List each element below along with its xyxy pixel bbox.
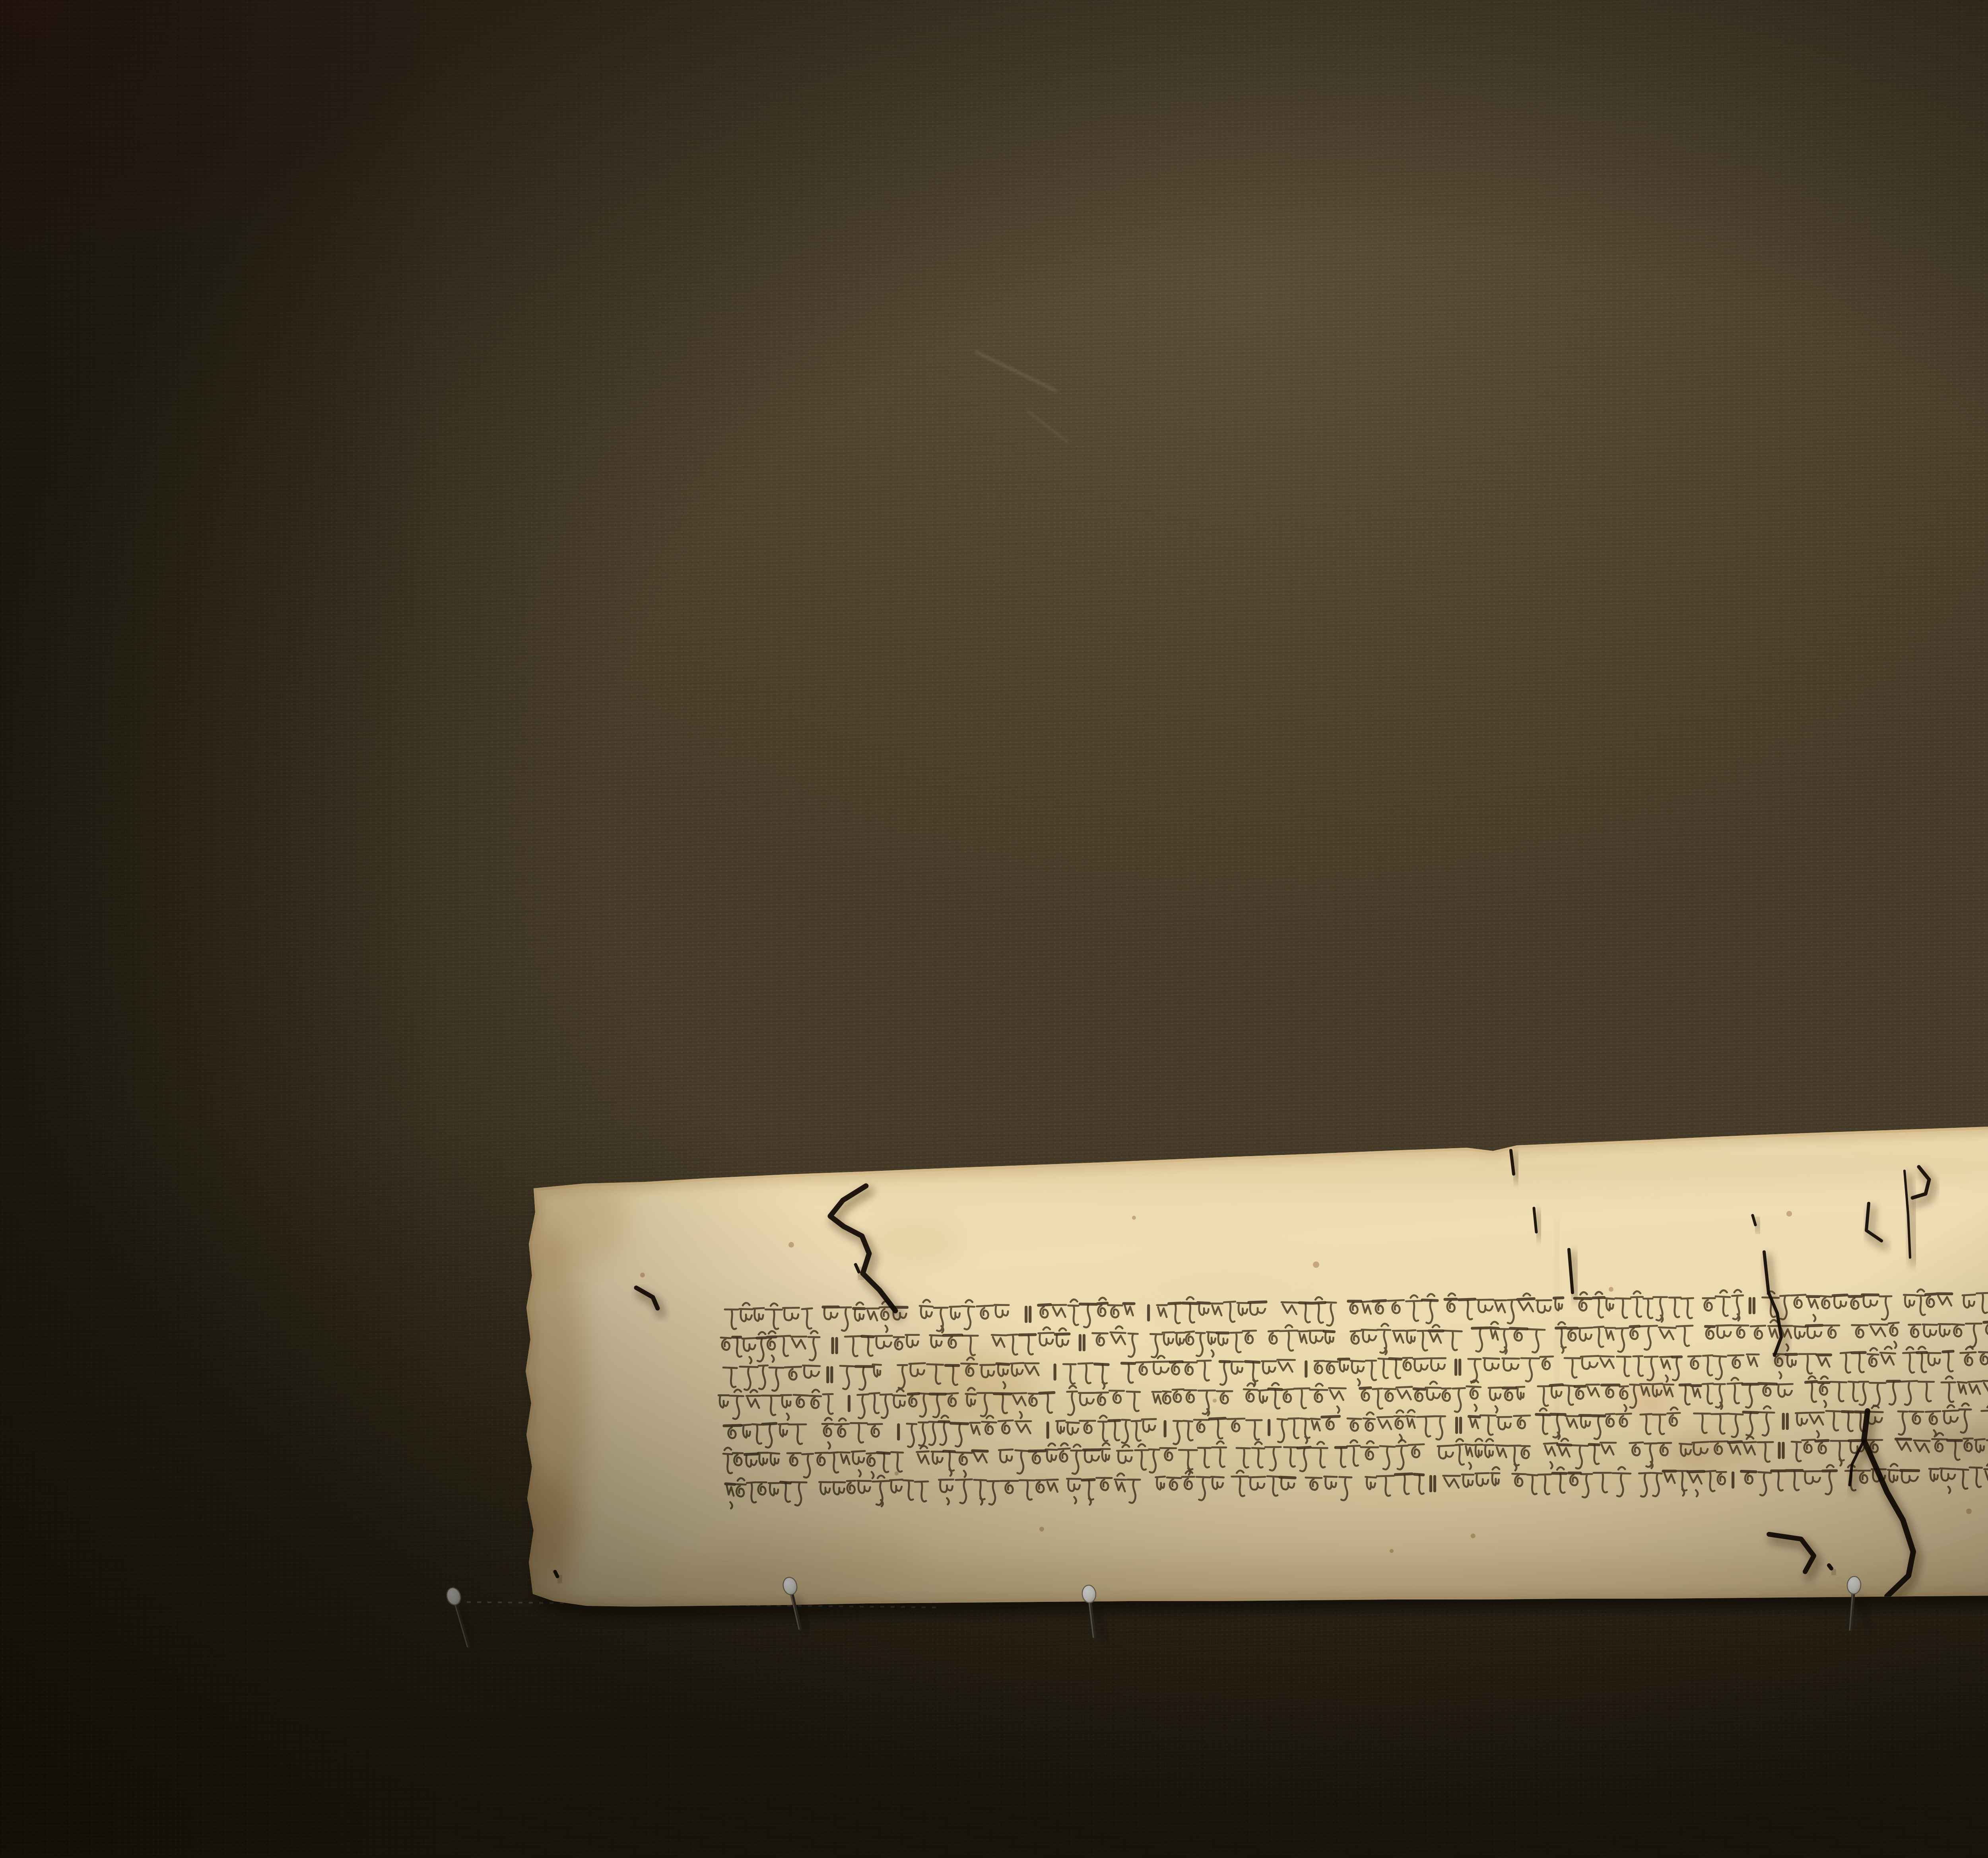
foxing-speck: [640, 1273, 645, 1277]
foxing-speck: [1471, 1533, 1475, 1538]
pin-head-glint: [450, 1592, 454, 1596]
photo-stage: [0, 0, 1988, 1858]
crack-shadow: [1538, 1213, 1540, 1237]
crack-shadow: [559, 1577, 561, 1582]
crack-shadow: [1514, 1156, 1517, 1179]
crease-line: [1555, 1219, 1558, 1465]
stain: [514, 1471, 574, 1607]
pin-head-glint: [786, 1582, 790, 1585]
pin-head-glint: [1850, 1581, 1854, 1584]
crack: [1829, 1565, 1831, 1568]
foxing-speck: [1132, 1216, 1136, 1220]
crack: [555, 1572, 557, 1576]
stain: [899, 1350, 1034, 1418]
foxing-speck: [1609, 1287, 1613, 1292]
foxing-speck: [1786, 1211, 1792, 1217]
stain: [712, 1531, 918, 1587]
manuscript-photo: [0, 0, 1988, 1858]
stain: [867, 1221, 962, 1269]
foxing-speck: [1966, 1508, 1972, 1514]
pin-head: [445, 1586, 462, 1607]
foxing-speck: [1213, 1399, 1217, 1403]
stain: [1121, 1241, 1328, 1336]
pin-head-glint: [1085, 1590, 1089, 1593]
foxing-speck: [895, 1471, 899, 1475]
foxing-speck: [1313, 1261, 1319, 1268]
foxing-speck: [788, 1242, 794, 1248]
foxing-speck: [1039, 1527, 1044, 1531]
crack-shadow: [1833, 1570, 1835, 1574]
pin: [445, 1586, 470, 1647]
stain: [509, 1173, 628, 1269]
foxing-speck: [1390, 1549, 1394, 1553]
